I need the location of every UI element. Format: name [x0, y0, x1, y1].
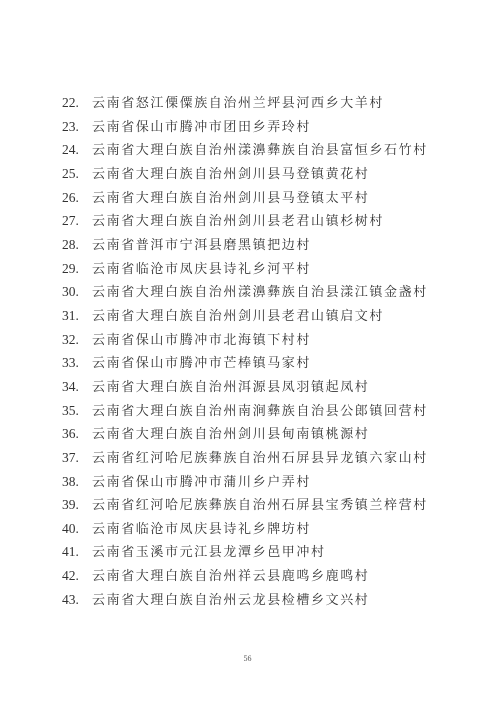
item-text: 云南省临沧市凤庆县诗礼乡牌坊村: [92, 522, 311, 537]
item-number: 31.: [62, 304, 92, 328]
page-number: 56: [0, 654, 495, 663]
item-text: 云南省保山市腾冲市芒棒镇马家村: [92, 356, 311, 371]
item-number: 38.: [62, 470, 92, 494]
item-number: 23.: [62, 115, 92, 139]
list-item: 36.云南省大理白族自治州剑川县甸南镇桃源村: [62, 422, 428, 446]
item-text: 云南省大理白族自治州南涧彝族自治县公郎镇回营村: [92, 404, 428, 419]
list-item: 32.云南省保山市腾冲市北海镇下村村: [62, 328, 428, 352]
list-item: 40.云南省临沧市凤庆县诗礼乡牌坊村: [62, 517, 428, 541]
item-text: 云南省大理白族自治州洱源县凤羽镇起凤村: [92, 380, 369, 395]
item-text: 云南省大理白族自治州剑川县甸南镇桃源村: [92, 427, 369, 442]
list-item: 33.云南省保山市腾冲市芒棒镇马家村: [62, 351, 428, 375]
item-text: 云南省大理白族自治州祥云县鹿鸣乡鹿鸣村: [92, 569, 369, 584]
item-number: 33.: [62, 351, 92, 375]
list-item: 23.云南省保山市腾冲市团田乡弄玲村: [62, 115, 428, 139]
item-number: 34.: [62, 375, 92, 399]
list-item: 42.云南省大理白族自治州祥云县鹿鸣乡鹿鸣村: [62, 564, 428, 588]
item-text: 云南省红河哈尼族彝族自治州石屏县异龙镇六家山村: [92, 451, 428, 466]
item-number: 27.: [62, 209, 92, 233]
document-page: 22.云南省怒江傈僳族自治州兰坪县河西乡大羊村 23.云南省保山市腾冲市团田乡弄…: [0, 0, 500, 707]
list-item: 31.云南省大理白族自治州剑川县老君山镇启文村: [62, 304, 428, 328]
list-item: 43.云南省大理白族自治州云龙县检槽乡文兴村: [62, 588, 428, 612]
list-item: 34.云南省大理白族自治州洱源县凤羽镇起凤村: [62, 375, 428, 399]
item-text: 云南省大理白族自治州漾濞彝族自治县漾江镇金盏村: [92, 285, 428, 300]
village-list: 22.云南省怒江傈僳族自治州兰坪县河西乡大羊村 23.云南省保山市腾冲市团田乡弄…: [62, 91, 428, 611]
item-number: 22.: [62, 91, 92, 115]
list-item: 25.云南省大理白族自治州剑川县马登镇黄花村: [62, 162, 428, 186]
item-text: 云南省保山市腾冲市蒲川乡户弄村: [92, 475, 311, 490]
item-number: 28.: [62, 233, 92, 257]
item-number: 37.: [62, 446, 92, 470]
item-text: 云南省大理白族自治州漾濞彝族自治县富恒乡石竹村: [92, 143, 428, 158]
list-item: 22.云南省怒江傈僳族自治州兰坪县河西乡大羊村: [62, 91, 428, 115]
item-text: 云南省保山市腾冲市北海镇下村村: [92, 333, 311, 348]
item-text: 云南省大理白族自治州剑川县老君山镇杉树村: [92, 214, 384, 229]
item-text: 云南省临沧市凤庆县诗礼乡河平村: [92, 262, 311, 277]
item-number: 36.: [62, 422, 92, 446]
list-item: 37.云南省红河哈尼族彝族自治州石屏县异龙镇六家山村: [62, 446, 428, 470]
item-number: 32.: [62, 328, 92, 352]
item-text: 云南省怒江傈僳族自治州兰坪县河西乡大羊村: [92, 96, 384, 111]
list-item: 38.云南省保山市腾冲市蒲川乡户弄村: [62, 470, 428, 494]
list-item: 41.云南省玉溪市元江县龙潭乡邑甲冲村: [62, 540, 428, 564]
item-text: 云南省普洱市宁洱县磨黑镇把边村: [92, 238, 311, 253]
item-text: 云南省大理白族自治州剑川县老君山镇启文村: [92, 309, 384, 324]
list-item: 26.云南省大理白族自治州剑川县马登镇太平村: [62, 186, 428, 210]
item-number: 43.: [62, 588, 92, 612]
item-number: 35.: [62, 399, 92, 423]
item-number: 40.: [62, 517, 92, 541]
list-item: 39.云南省红河哈尼族彝族自治州石屏县宝秀镇兰梓营村: [62, 493, 428, 517]
item-text: 云南省大理白族自治州剑川县马登镇黄花村: [92, 167, 369, 182]
item-number: 29.: [62, 257, 92, 281]
item-number: 41.: [62, 540, 92, 564]
item-number: 39.: [62, 493, 92, 517]
list-item: 30.云南省大理白族自治州漾濞彝族自治县漾江镇金盏村: [62, 280, 428, 304]
item-number: 30.: [62, 280, 92, 304]
item-text: 云南省大理白族自治州云龙县检槽乡文兴村: [92, 593, 369, 608]
item-number: 25.: [62, 162, 92, 186]
list-item: 24.云南省大理白族自治州漾濞彝族自治县富恒乡石竹村: [62, 138, 428, 162]
item-number: 42.: [62, 564, 92, 588]
item-text: 云南省大理白族自治州剑川县马登镇太平村: [92, 191, 369, 206]
item-number: 24.: [62, 138, 92, 162]
list-item: 28.云南省普洱市宁洱县磨黑镇把边村: [62, 233, 428, 257]
item-text: 云南省红河哈尼族彝族自治州石屏县宝秀镇兰梓营村: [92, 498, 428, 513]
list-item: 35.云南省大理白族自治州南涧彝族自治县公郎镇回营村: [62, 399, 428, 423]
item-number: 26.: [62, 186, 92, 210]
item-text: 云南省玉溪市元江县龙潭乡邑甲冲村: [92, 545, 326, 560]
list-item: 29.云南省临沧市凤庆县诗礼乡河平村: [62, 257, 428, 281]
list-item: 27.云南省大理白族自治州剑川县老君山镇杉树村: [62, 209, 428, 233]
item-text: 云南省保山市腾冲市团田乡弄玲村: [92, 120, 311, 135]
